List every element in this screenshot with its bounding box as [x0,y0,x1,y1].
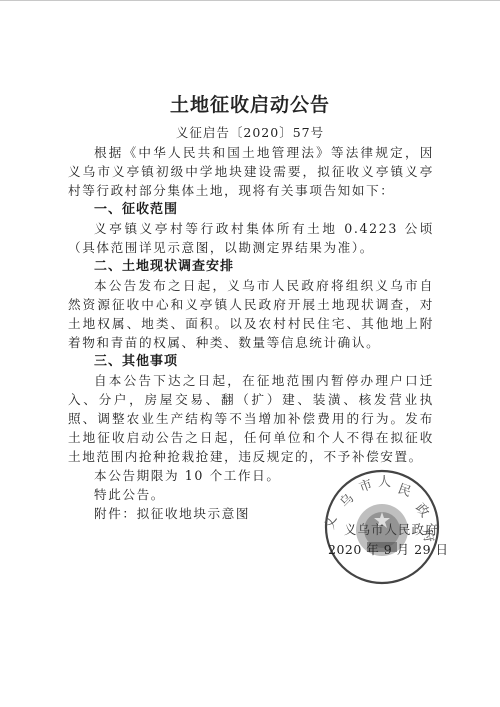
svg-text:乌: 乌 [337,491,357,511]
section-text-other: 自本公告下达之日起，在征地范围内暂停办理户口迁入、分户，房屋交易、翻（扩）建、装… [68,371,434,466]
intro-paragraph: 根据《中华人民共和国土地管理法》等法律规定，因义乌市义亭镇初级中学地块建设需要，… [68,143,434,200]
section-text-survey: 本公告发布之日起，义乌市人民政府将组织义乌市自然资源征收中心和义亭镇人民政府开展… [68,276,434,352]
section-heading-survey: 二、土地现状调查安排 [68,257,434,276]
section-text-scope: 义亭镇义亭村等行政村集体所有土地 0.4223 公顷（具体范围详见示意图，以勘测… [68,219,434,257]
document-title: 土地征收启动公告 [0,90,500,117]
document-page: 土地征收启动公告 义征启告〔2020〕57号 根据《中华人民共和国土地管理法》等… [0,0,500,707]
document-number: 义征启告〔2020〕57号 [0,123,500,141]
signature-organization: 义乌市人民政府 [344,520,439,538]
signature-date: 2020 年 9 月 29 日 [328,540,449,558]
svg-text:人: 人 [378,475,391,490]
section-heading-scope: 一、征收范围 [68,200,434,219]
svg-text:政: 政 [412,501,432,521]
section-heading-other: 三、其他事项 [68,352,434,371]
svg-text:市: 市 [357,477,374,496]
svg-text:民: 民 [396,482,413,501]
document-body: 根据《中华人民共和国土地管理法》等法律规定，因义乌市义亭镇初级中学地块建设需要，… [68,143,434,523]
svg-text:义: 义 [323,515,340,531]
